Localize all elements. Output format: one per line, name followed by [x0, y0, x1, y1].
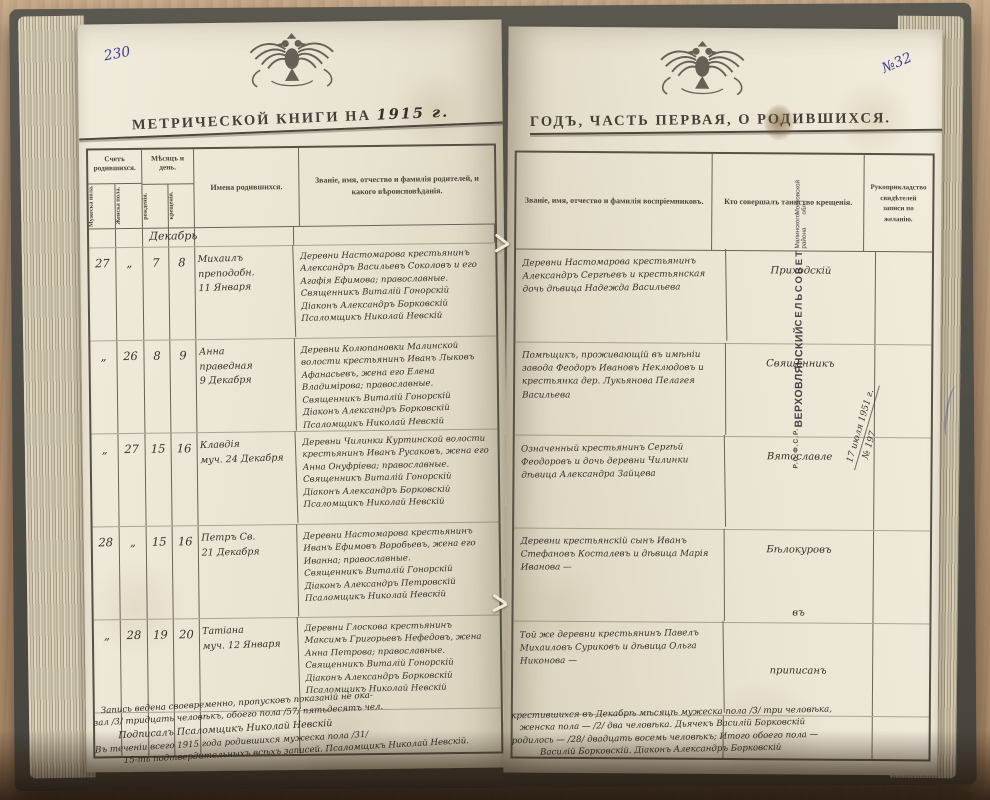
baptism-day: 20	[174, 619, 201, 711]
godparents-entry: Деревни Настомарова крестьянинъ Александ…	[515, 249, 727, 344]
left-page-number: 230	[103, 44, 132, 65]
table-edge-shadow	[0, 730, 990, 800]
baptism-day: 16	[173, 526, 200, 618]
birth-day: 15	[145, 434, 172, 526]
parents-entry: Деревни Настомарова крестьянинъ Александ…	[294, 242, 497, 339]
male-count: „	[94, 620, 122, 712]
stamp-rsfsr: Р.С.Ф.С.Р.	[794, 428, 808, 469]
signature-cell	[875, 252, 932, 344]
month-label: Декабрь	[149, 229, 197, 243]
child-name: Клавдія муч. 24 Декабря	[197, 431, 299, 526]
photo-of-metrical-book: { "photo": { "description": "Открытая ме…	[0, 0, 990, 800]
male-count: 27	[89, 248, 117, 340]
header-female: Женска пола.	[115, 184, 141, 228]
officiant-text: Бѣлокуровъ	[725, 544, 873, 556]
godparents-entry: Помѣщикъ, проживающій въ имѣніи завода Ф…	[515, 343, 726, 436]
right-page-number: №32	[879, 50, 914, 77]
ink-stain	[764, 104, 794, 140]
birth-day: 19	[148, 619, 175, 711]
birth-day: 15	[147, 526, 174, 618]
right-page-title: ГОДЪ, ЧАСТЬ ПЕРВАЯ, О РОДИВШИХСЯ.	[508, 110, 942, 136]
female-count: „	[120, 527, 148, 619]
stamp-oblast: Московской обл.	[795, 180, 808, 215]
baptism-day: 16	[171, 433, 198, 525]
female-count: 26	[117, 341, 145, 433]
header-month-title: Мѣсяцъ и день.	[142, 149, 193, 185]
parents-entry: Деревни Настомарова крестьянинъ Иванъ Еф…	[297, 520, 501, 619]
left-page-title: МЕТРИЧЕСКОЙ КНИГИ НА 1915 г.	[78, 102, 503, 141]
header-names: Имена родившихся.	[194, 148, 300, 227]
register-row-1-right: Деревни Настомарова крестьянинъ Александ…	[515, 250, 932, 346]
signature-cell	[873, 531, 930, 623]
female-count: „	[116, 248, 144, 340]
right-table-header: Званіе, имя, отчество и фамилія воспріем…	[516, 153, 933, 253]
godparents-entry: Той же деревни крестьянинъ Павелъ Михаил…	[512, 621, 724, 716]
signature-cell	[874, 438, 931, 530]
header-count-title: Счетъ родившихся.	[88, 150, 141, 185]
godparents-entry: Означенный крестьянинъ Сергѣй Феодоровъ …	[514, 435, 726, 530]
officiant-entry: Бѣлокуровъ въ	[724, 530, 874, 623]
header-baptized: крещенія.	[169, 184, 194, 227]
header-parents: Званіе, имя, отчество и фамилія родителе…	[299, 146, 495, 226]
left-page: 230 МЕТРИЧЕСКОЙ КНИГИ НА 1915 г. Счетъ р…	[77, 19, 510, 772]
left-table-header: Счетъ родившихся. Мужеска пола. Женска п…	[88, 146, 495, 230]
baptism-day: 9	[170, 340, 197, 432]
godparents-entry: Деревни крестьянскій сынъ Иванъ Стефанов…	[514, 529, 725, 622]
register-row-4-left: 28 „ 15 16 Петръ Св. 21 Декабря Деревни …	[93, 523, 500, 621]
baptism-day: 8	[169, 247, 196, 339]
parents-entry: Деревни Колюпановки Малинской волости кр…	[294, 334, 498, 433]
right-page: №32 ГОДЪ, ЧАСТЬ ПЕРВАЯ, О РОДИВШИХСЯ. Зв…	[503, 26, 942, 775]
header-officiant: Кто совершалъ таинство крещенія.	[713, 154, 865, 251]
left-register-table: Счетъ родившихся. Мужеска пола. Женска п…	[86, 144, 503, 759]
officiant-ditto: въ	[724, 607, 872, 619]
open-book: 230 МЕТРИЧЕСКОЙ КНИГИ НА 1915 г. Счетъ р…	[12, 6, 974, 788]
register-row-4-right: Деревни крестьянскій сынъ Иванъ Стефанов…	[513, 529, 930, 625]
header-month-group: Мѣсяцъ и день. рожденія. крещенія.	[142, 149, 195, 228]
title-printed-right: ГОДЪ, ЧАСТЬ ПЕРВАЯ, О РОДИВШИХСЯ.	[530, 110, 891, 130]
header-signatures: Рукоприкладство свидѣтелей записи по жел…	[864, 155, 933, 251]
title-year-handwritten: 1915 г.	[376, 104, 449, 124]
stamp-verkhovlyansky: ВЕРХОВЛЯНСКИЙ	[794, 326, 808, 428]
selsoviet-stamp: Р.С.Ф.С.Р. ВЕРХОВЛЯНСКИЙ СЕЛЬСОВЕТ Малин…	[794, 322, 808, 468]
double-eagle-crest-icon	[244, 29, 341, 92]
parents-entry: Деревни Чилинки Куртинской волости крест…	[296, 428, 499, 525]
child-name: Анна праведная 9 Декабря	[196, 338, 297, 432]
header-count-group: Счетъ родившихся. Мужеска пола. Женска п…	[88, 150, 143, 229]
male-count: „	[91, 434, 119, 526]
header-godparents: Званіе, имя, отчество и фамилія воспріем…	[516, 153, 713, 250]
male-count: „	[90, 341, 118, 433]
double-eagle-crest-icon	[654, 38, 750, 101]
child-name: Петръ Св. 21 Декабря	[198, 524, 299, 618]
birth-day: 7	[143, 248, 170, 340]
officiant-entry: приписанъ	[724, 623, 874, 716]
stamp-district: Малинского района	[795, 214, 808, 249]
register-row-3-left: „ 27 15 16 Клавдія муч. 24 Декабря Дерев…	[91, 430, 498, 528]
register-row-2-left: „ 26 8 9 Анна праведная 9 Декабря Деревн…	[90, 337, 497, 435]
child-name: Михаилъ преподобн. 11 Января	[194, 245, 296, 340]
birth-day: 8	[144, 341, 171, 433]
stamp-selsoviet: СЕЛЬСОВЕТ	[795, 249, 809, 327]
register-row-1-left: 27 „ 7 8 Михаилъ преподобн. 11 Января Де…	[89, 244, 496, 342]
female-count: 27	[118, 434, 146, 526]
header-born: рожденія.	[142, 185, 167, 228]
title-underline	[530, 129, 942, 135]
header-male: Мужеска пола.	[88, 185, 114, 229]
female-count: 28	[121, 620, 149, 712]
male-count: 28	[93, 527, 121, 619]
